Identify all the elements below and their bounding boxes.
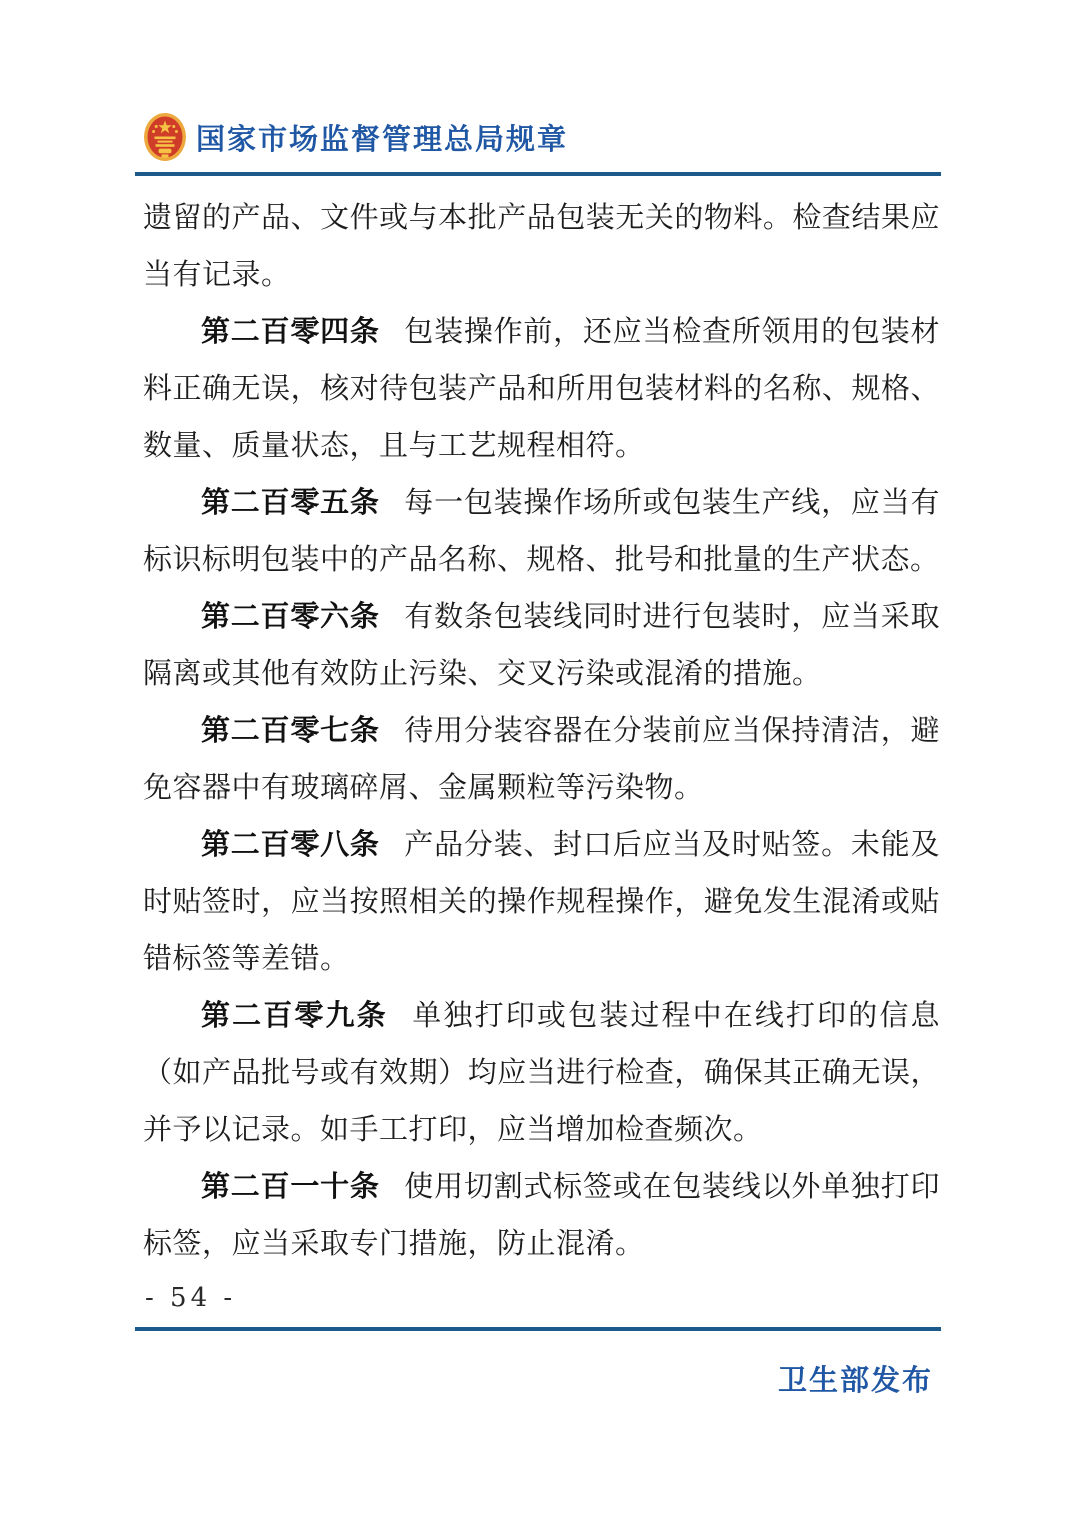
- article-number: 第二百一十条: [201, 1169, 380, 1203]
- page-header-title: 国家市场监督管理总局规章: [196, 117, 568, 158]
- paragraph-text: 遗留的产品、文件或与本批产品包装无关的物料。检查结果应当有记录。: [143, 200, 940, 291]
- paragraph-continuation: 遗留的产品、文件或与本批产品包装无关的物料。检查结果应当有记录。: [143, 189, 940, 303]
- article-number: 第二百零八条: [201, 827, 380, 861]
- article-number: 第二百零七条: [201, 713, 380, 747]
- paragraph-article-210: 第二百一十条使用切割式标签或在包装线以外单独打印标签，应当采取专门措施，防止混淆…: [143, 1158, 940, 1272]
- paragraph-article-207: 第二百零七条待用分装容器在分装前应当保持清洁，避免容器中有玻璃碎屑、金属颗粒等污…: [143, 702, 940, 816]
- footer-divider-rule: [135, 1327, 941, 1331]
- header-divider-rule: [135, 172, 941, 176]
- paragraph-article-206: 第二百零六条有数条包装线同时进行包装时，应当采取隔离或其他有效防止污染、交叉污染…: [143, 588, 940, 702]
- article-number: 第二百零五条: [201, 485, 380, 519]
- paragraph-article-204: 第二百零四条包装操作前，还应当检查所领用的包装材料正确无误，核对待包装产品和所用…: [143, 303, 940, 474]
- paragraph-article-209: 第二百零九条单独打印或包装过程中在线打印的信息（如产品批号或有效期）均应当进行检…: [143, 987, 940, 1158]
- article-number: 第二百零四条: [201, 314, 380, 348]
- paragraph-article-208: 第二百零八条产品分装、封口后应当及时贴签。未能及时贴签时，应当按照相关的操作规程…: [143, 816, 940, 987]
- prc-national-emblem-icon: [143, 112, 187, 162]
- publisher-label: 卫生部发布: [143, 1358, 933, 1399]
- document-body: 遗留的产品、文件或与本批产品包装无关的物料。检查结果应当有记录。 第二百零四条包…: [143, 189, 940, 1272]
- paragraph-article-205: 第二百零五条每一包装操作场所或包装生产线，应当有标识标明包装中的产品名称、规格、…: [143, 474, 940, 588]
- page-header: 国家市场监督管理总局规章: [143, 112, 568, 162]
- document-page: 国家市场监督管理总局规章 遗留的产品、文件或与本批产品包装无关的物料。检查结果应…: [0, 0, 1074, 1520]
- article-number: 第二百零六条: [201, 599, 380, 633]
- article-number: 第二百零九条: [201, 998, 388, 1032]
- page-number: - 54 -: [145, 1283, 236, 1313]
